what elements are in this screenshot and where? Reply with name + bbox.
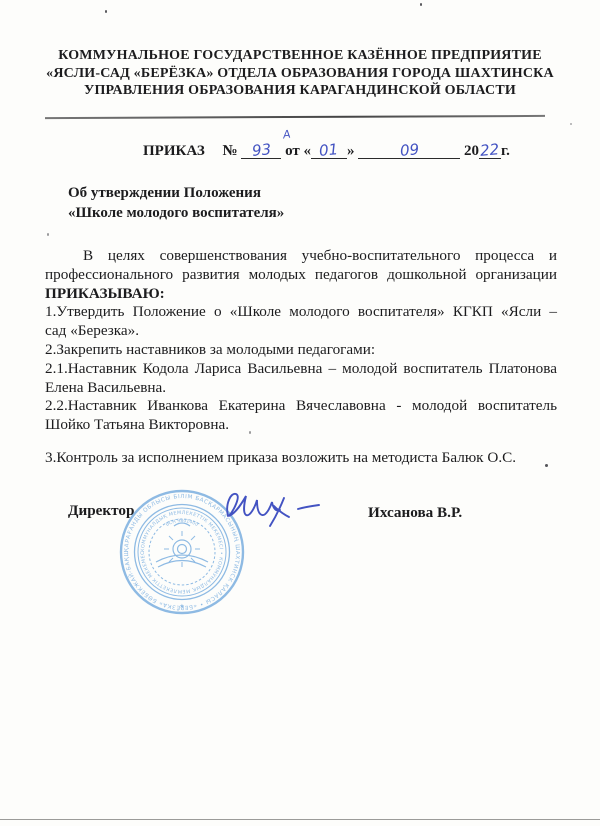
body-line-prikazyvayu: ПРИКАЗЫВАЮ: bbox=[45, 285, 557, 304]
stamp-bsn-text: БСН 9801400 bbox=[165, 518, 199, 528]
quote-open: « bbox=[304, 143, 312, 159]
subject-line-1: Об утверждении Положения bbox=[68, 184, 284, 204]
body-line: 1.Утвердить Положение о «Школе молодого … bbox=[45, 303, 557, 322]
stamp-star: ★ bbox=[179, 603, 184, 610]
body-line: В целях совершенствования учебно-воспита… bbox=[45, 247, 557, 266]
order-label: ПРИКАЗ bbox=[143, 143, 205, 159]
body-line-control: 3.Контроль за исполнением приказа возлож… bbox=[45, 449, 557, 468]
quote-close: » bbox=[347, 143, 355, 159]
body-line: 2.Закрепить наставников за молодыми педа… bbox=[45, 341, 557, 360]
scan-speck bbox=[545, 464, 548, 467]
scan-speck bbox=[420, 3, 422, 6]
body-line: 2.2.Наставник Иванкова Екатерина Вячесла… bbox=[45, 397, 557, 416]
year-handwritten: 22 bbox=[480, 140, 501, 160]
signature-name: Ихсанова В.Р. bbox=[368, 504, 462, 522]
subject-line-2: «Школе молодого воспитателя» bbox=[68, 204, 284, 224]
svg-text:БСН 9801400: БСН 9801400 bbox=[165, 518, 199, 528]
order-number-field: 93А bbox=[241, 141, 281, 159]
signature-stroke-icon bbox=[218, 486, 328, 530]
scan-speck bbox=[105, 10, 107, 13]
order-subject: Об утверждении Положения «Школе молодого… bbox=[68, 184, 284, 223]
from-label: от bbox=[285, 143, 300, 159]
letterhead-line-2: «ЯСЛИ-САД «БЕРЁЗКА» ОТДЕЛА ОБРАЗОВАНИЯ Г… bbox=[30, 65, 570, 83]
letterhead-line-3: УПРАВЛЕНИЯ ОБРАЗОВАНИЯ КАРАГАНДИНСКОЙ ОБ… bbox=[30, 82, 570, 100]
body-line: профессионального развития молодых педаг… bbox=[45, 266, 557, 285]
body-line: сад «Березка». bbox=[45, 322, 557, 341]
letterhead-line-1: КОММУНАЛЬНОЕ ГОСУДАРСТВЕННОЕ КАЗЁННОЕ ПР… bbox=[30, 47, 570, 65]
year-prefix: 20 bbox=[464, 143, 479, 159]
month-handwritten: 09 bbox=[399, 140, 420, 160]
order-number-handwritten: 93 bbox=[251, 140, 272, 160]
order-body: В целях совершенствования учебно-воспита… bbox=[45, 247, 557, 468]
letterhead: КОММУНАЛЬНОЕ ГОСУДАРСТВЕННОЕ КАЗЁННОЕ ПР… bbox=[30, 47, 570, 100]
scanned-order-document: КОММУНАЛЬНОЕ ГОСУДАРСТВЕННОЕ КАЗЁННОЕ ПР… bbox=[0, 0, 600, 826]
number-sign: № bbox=[223, 143, 238, 159]
scan-speck bbox=[249, 431, 251, 434]
scan-speck bbox=[47, 233, 49, 236]
month-field: 09 bbox=[358, 141, 460, 159]
year-field: 22 bbox=[479, 141, 501, 159]
kazakhstan-emblem-icon bbox=[156, 523, 208, 567]
handwritten-signature bbox=[218, 486, 328, 530]
header-divider-line bbox=[45, 115, 545, 119]
year-suffix: г. bbox=[501, 143, 510, 159]
body-line: 2.1.Наставник Кодола Лариса Васильевна –… bbox=[45, 360, 557, 379]
scan-bottom-edge bbox=[0, 819, 600, 820]
day-handwritten: 01 bbox=[319, 140, 340, 160]
order-number-line: ПРИКАЗ № 93А от «01» 09 2022г. bbox=[143, 141, 510, 160]
body-line: Елена Васильевна. bbox=[45, 379, 557, 398]
order-number-suffix-handwritten: А bbox=[282, 128, 291, 142]
body-line: Шойко Татьяна Викторовна. bbox=[45, 416, 557, 435]
day-field: 01 bbox=[311, 141, 347, 159]
scan-speck bbox=[570, 123, 572, 125]
